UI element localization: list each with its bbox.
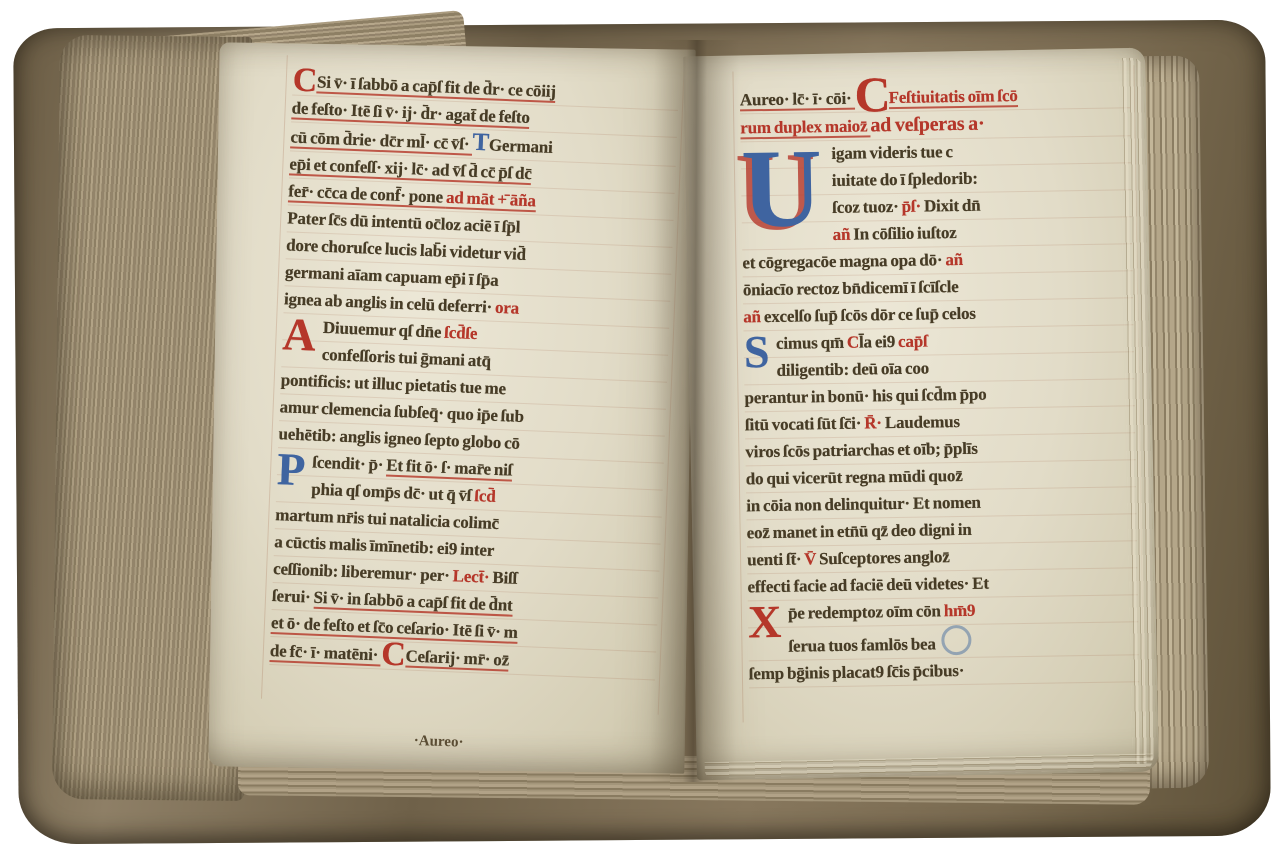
text-segment: Dixit dn̄ bbox=[924, 196, 981, 216]
text-segment: Aureo· lc̄· ī· cōi· bbox=[740, 89, 855, 112]
text-segment: Suſceptores angloz̄ bbox=[819, 547, 950, 568]
illuminated-initial: A bbox=[281, 314, 316, 365]
text-segment: In cōſilio iuſtoz bbox=[853, 223, 957, 244]
text-segment: germani aīam capuam ep̄i ī ſp̄a bbox=[285, 262, 499, 290]
text-segment: uehētib: anglis igneo ſepto globo cō bbox=[278, 424, 520, 453]
illuminated-initial: P bbox=[276, 449, 306, 500]
text-segment: martum nr̄is tui natalicia colimc̄ bbox=[275, 505, 499, 533]
rubric-text: ora bbox=[495, 298, 520, 318]
text-segment: do qui vicerūt regna mūdi quoz̄ bbox=[746, 466, 963, 488]
text-segment: viros ſcōs patriarchas et oīb; p̄plīs bbox=[745, 439, 978, 462]
text-segment: ſerui· bbox=[272, 586, 314, 607]
rubric-text: ſcd̄ſe bbox=[444, 323, 478, 343]
text-segment: cimus qm̄ bbox=[776, 333, 847, 353]
illuminated-initial: U bbox=[741, 142, 823, 245]
rubric-capitulum: C bbox=[847, 333, 859, 352]
text-segment: l̄a ei9 bbox=[859, 332, 898, 352]
left-page: CSi v̄· ī ſabbō a cap̄ſ fit de d̄r· ce c… bbox=[208, 42, 695, 773]
right-page: Aureo· lc̄· ī· cōi· CFeſtiuitatis oīm ſc… bbox=[683, 48, 1159, 781]
text-segment: ſerua tuos famlōs bea bbox=[788, 634, 935, 655]
right-page-text: Aureo· lc̄· ī· cōi· CFeſtiuitatis oīm ſc… bbox=[740, 77, 1139, 688]
text-segment: Laudemus bbox=[885, 412, 960, 432]
rubric-text: p̄ſ· bbox=[902, 197, 925, 216]
inline-initial: T bbox=[472, 129, 490, 157]
rubric-text: Feſtiuitatis oīm ſcō bbox=[888, 86, 1017, 109]
text-segment: Diuuemur qſ dn̄e bbox=[323, 318, 445, 342]
text-segment: Biſſ bbox=[492, 568, 517, 588]
text-segment: ignea ab anglis in celū deferri· bbox=[284, 289, 496, 316]
rubric-capitulum: C bbox=[381, 635, 407, 673]
left-page-text: CSi v̄· ī ſabbō a cap̄ſ fit de d̄r· ce c… bbox=[269, 67, 679, 680]
text-segment: p̄e redemptoz oīm cōn bbox=[788, 601, 944, 622]
text-segment: a cūctis malis īmīnetib: ei9 inter bbox=[274, 532, 495, 560]
text-segment: ſitū vocati ſūt ſc̄i· bbox=[745, 414, 865, 435]
rubric-text: añ bbox=[945, 250, 963, 269]
rubric-text: ſcd̄ bbox=[474, 486, 496, 506]
text-segment: Pater ſc̄s dū intentū oc̄loz aciē ī ſp̄l bbox=[287, 208, 521, 236]
illuminated-initial: X bbox=[748, 602, 782, 653]
catchword: ·Aureo· bbox=[413, 733, 463, 752]
text-segment: fer̄· cc̄ca de conf̄· pone bbox=[288, 181, 447, 208]
rubric-capitulum: C bbox=[292, 61, 318, 99]
rubric-text: cap̄ſ bbox=[898, 332, 928, 351]
rubric-text: hm̄9 bbox=[944, 601, 976, 620]
rubric-text: añ bbox=[833, 225, 854, 244]
text-segment: iuitate do ī ſpledorib: bbox=[832, 169, 978, 190]
text-segment: cū cōm d̄rie· dc̄r ml̄· cc̄ v̄ſ· bbox=[290, 127, 473, 155]
text-segment: Et fit ō· ſ· mar̄e niſ bbox=[386, 456, 513, 482]
rubric-text: rum duplex maioz̄ bbox=[740, 116, 870, 139]
text-segment: in cōia non delinquitur· Et nomen bbox=[746, 493, 981, 516]
rubric-text: ad māt +̄ āña bbox=[446, 188, 537, 213]
text-segment: ceſſionib: liberemur· per· bbox=[273, 559, 453, 585]
text-segment: Ceſarij· mr̄· oz̄ bbox=[405, 646, 509, 671]
text-segment: igam videris tue c bbox=[831, 142, 953, 163]
text-segment: de fc̄· ī· matēni· bbox=[269, 641, 381, 666]
text-segment: excelſo ſup̄ ſcōs dōr ce ſup̄ celos bbox=[764, 304, 976, 326]
bleedthrough-ring bbox=[941, 625, 971, 655]
text-segment: diligentib: deū oīa coo bbox=[776, 358, 929, 379]
rubric-text: ad veſperas a· bbox=[870, 113, 984, 137]
text-segment: uenti ſt̄· bbox=[747, 549, 804, 569]
rubric-text: añ bbox=[743, 307, 764, 326]
text-segment: perantur in bonū· his qui ſcd̄m p̄po bbox=[744, 385, 986, 408]
illuminated-initial: S bbox=[744, 332, 770, 382]
text-segment: dore choruſce lucis lab̄i videtur vid̄ bbox=[286, 235, 526, 264]
text-segment: pontificis: ut illuc pietatis tue me bbox=[280, 370, 506, 398]
manuscript-line: ſemp bḡinis placat9 ſc̄is p̄cibus· bbox=[749, 655, 1139, 688]
text-segment: et cōgregacōe magna opa dō· bbox=[742, 250, 945, 272]
text-segment: ſemp bḡinis placat9 ſc̄is p̄cibus· bbox=[749, 661, 965, 683]
rubric-text: Lect̄· bbox=[452, 566, 493, 587]
text-segment: ōniacīo rectoz bn̄dicemī ī ſcīſcle bbox=[743, 277, 959, 299]
text-segment: Germani bbox=[489, 135, 553, 157]
manuscript-photo: CSi v̄· ī ſabbō a cap̄ſ fit de d̄r· ce c… bbox=[0, 0, 1280, 860]
text-segment: eoz̄ manet in etn̄ū qz̄ deo digni in bbox=[747, 520, 972, 543]
text-segment: ſcoz tuoz· bbox=[832, 197, 902, 217]
text-segment: confeſſoris tui ḡmani atq̄ bbox=[321, 345, 491, 371]
text-segment: effecti facie ad faciē deū videtes· Et bbox=[747, 574, 989, 597]
rubric-text: V̄ bbox=[804, 549, 819, 568]
rubric-text: R̄· bbox=[864, 413, 885, 432]
text-segment: phia qſ omp̄s dc̄· ut q̄ v̄ſ bbox=[311, 480, 475, 506]
text-segment: ſcendit· p̄· bbox=[312, 453, 387, 475]
